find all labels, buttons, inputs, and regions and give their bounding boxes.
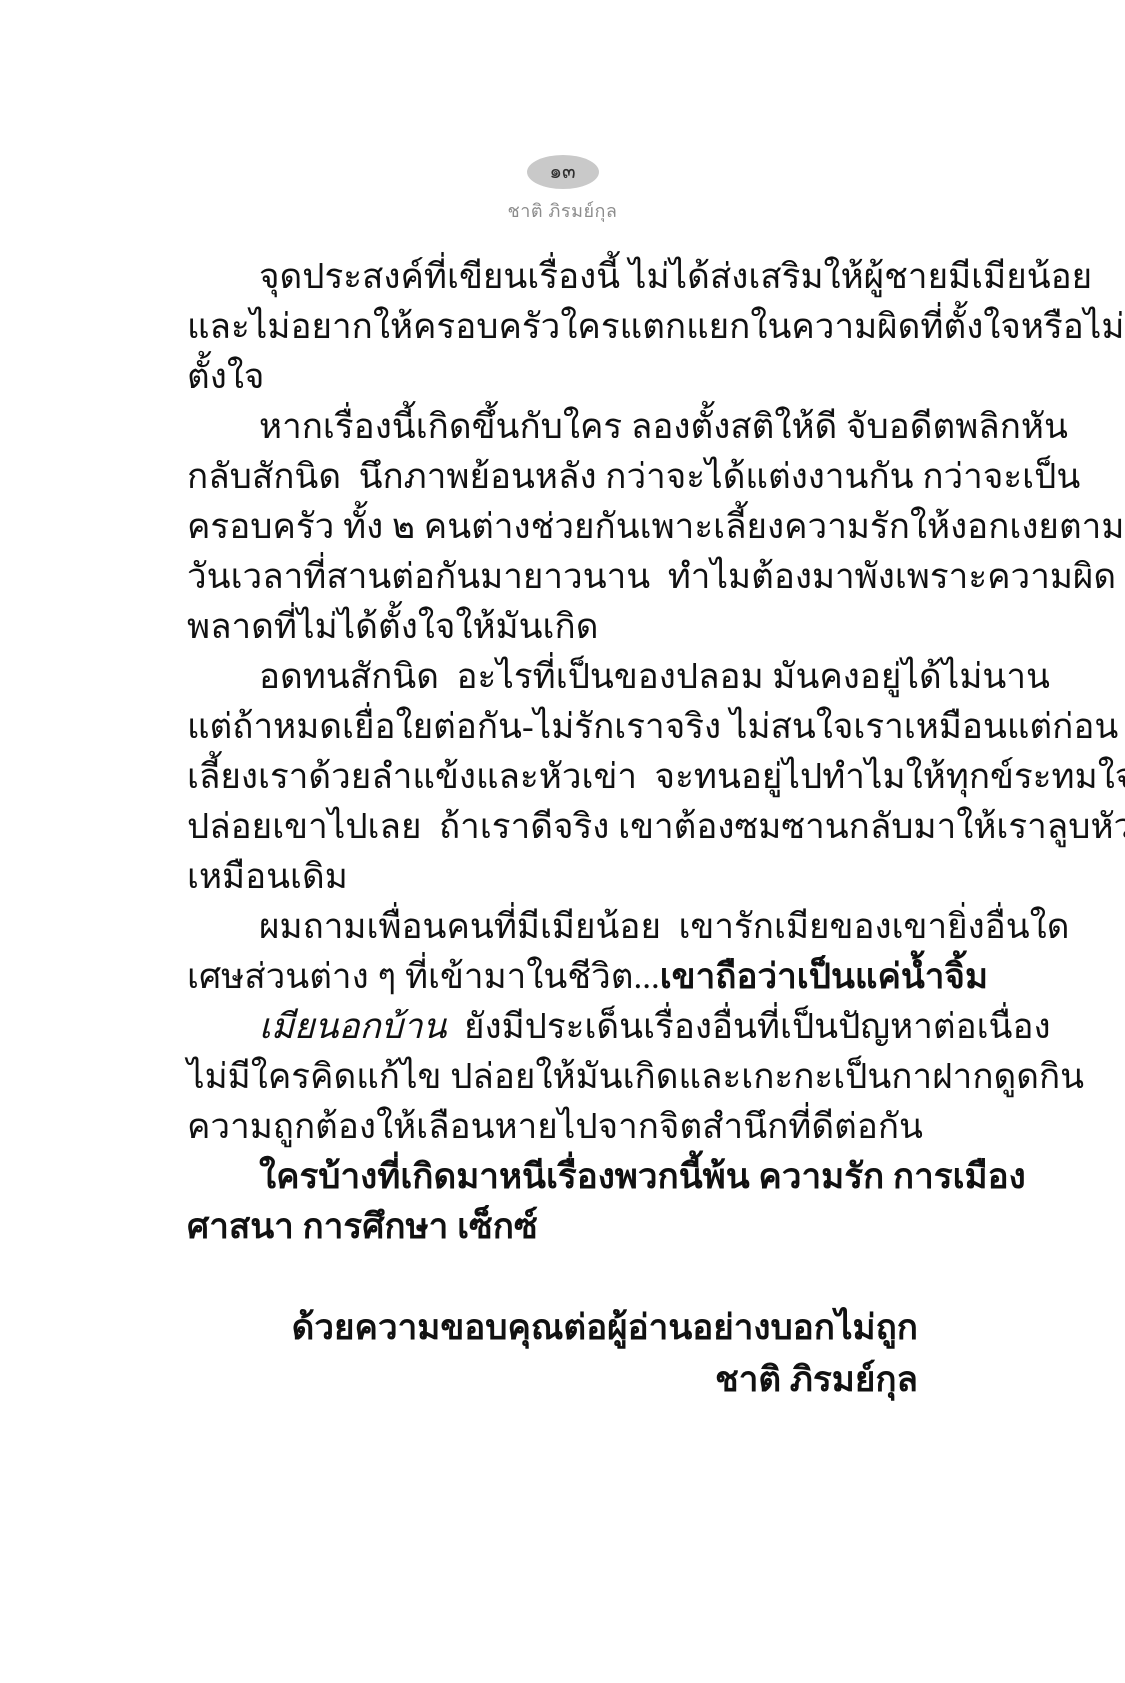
text-segment: ครอบครัว ทั้ง ๒ คนต่างช่วยกันเพาะเลี้ยงค…: [187, 507, 1124, 546]
page-number-badge: ๑๓: [527, 155, 599, 189]
text-line: เมียนอกบ้าน ยังมีประเด็นเรื่องอื่นที่เป็…: [187, 1002, 935, 1052]
text-segment: พลาดที่ไม่ได้ตั้งใจให้มันเกิด: [187, 607, 598, 646]
text-line: ความถูกต้องให้เลือนหายไปจากจิตสำนึกที่ดี…: [187, 1102, 935, 1152]
text-line: ปล่อยเขาไปเลย ถ้าเราดีจริง เขาต้องซมซานก…: [187, 802, 935, 852]
text-segment: กลับสักนิด นึกภาพย้อนหลัง กว่าจะได้แต่งง…: [187, 457, 1080, 496]
para-conclusion: ใครบ้างที่เกิดมาหนีเรื่องพวกนี้พ้น ความร…: [187, 1152, 935, 1252]
closing-signature: ด้วยความขอบคุณต่อผู้อ่านอย่างบอกไม่ถูกชา…: [187, 1302, 935, 1406]
closing-line: ด้วยความขอบคุณต่อผู้อ่านอย่างบอกไม่ถูก: [187, 1302, 918, 1354]
text-segment: วันเวลาที่สานต่อกันมายาวนาน ทำไมต้องมาพั…: [187, 557, 1116, 596]
text-segment: เลี้ยงเราด้วยลำแข้งและหัวเข่า จะทนอยู่ไป…: [187, 757, 1125, 796]
text-segment: แต่ถ้าหมดเยื่อใยต่อกัน-ไม่รักเราจริง ไม่…: [187, 707, 1118, 746]
text-line: วันเวลาที่สานต่อกันมายาวนาน ทำไมต้องมาพั…: [187, 552, 935, 602]
text-segment: จุดประสงค์ที่เขียนเรื่องนี้ ไม่ได้ส่งเสร…: [259, 257, 1092, 296]
para-mistress: เมียนอกบ้าน ยังมีประเด็นเรื่องอื่นที่เป็…: [187, 1002, 935, 1152]
para-patience: อดทนสักนิด อะไรที่เป็นของปลอม มันคงอยู่ไ…: [187, 652, 935, 902]
text-segment: หากเรื่องนี้เกิดขึ้นกับใคร ลองตั้งสติให้…: [259, 407, 1068, 446]
text-line: ไม่มีใครคิดแก้ไข ปล่อยให้มันเกิดและเกะกะ…: [187, 1052, 935, 1102]
book-page: ๑๓ ชาติ ภิรมย์กุล จุดประสงค์ที่เขียนเรื่…: [0, 0, 1125, 1683]
text-segment: ผมถามเพื่อนคนที่มีเมียน้อย เขารักเมียของ…: [259, 907, 1069, 946]
text-segment: ใครบ้างที่เกิดมาหนีเรื่องพวกนี้พ้น ความร…: [259, 1157, 1026, 1196]
text-line: ใครบ้างที่เกิดมาหนีเรื่องพวกนี้พ้น ความร…: [187, 1152, 935, 1202]
text-line: ศาสนา การศึกษา เซ็กซ์: [187, 1202, 935, 1252]
text-line: และไม่อยากให้ครอบครัวใครแตกแยกในความผิดท…: [187, 302, 935, 352]
running-header: ๑๓ ชาติ ภิรมย์กุล: [0, 155, 1125, 225]
text-line: ครอบครัว ทั้ง ๒ คนต่างช่วยกันเพาะเลี้ยงค…: [187, 502, 935, 552]
text-line: แต่ถ้าหมดเยื่อใยต่อกัน-ไม่รักเราจริง ไม่…: [187, 702, 935, 752]
para-friend: ผมถามเพื่อนคนที่มีเมียน้อย เขารักเมียของ…: [187, 902, 935, 1002]
text-line: พลาดที่ไม่ได้ตั้งใจให้มันเกิด: [187, 602, 935, 652]
text-segment: และไม่อยากให้ครอบครัวใครแตกแยกในความผิดท…: [187, 307, 1124, 346]
author-running-header: ชาติ ภิรมย์กุล: [0, 196, 1125, 225]
closing-line: ชาติ ภิรมย์กุล: [187, 1354, 918, 1406]
text-segment: ตั้งใจ: [187, 357, 264, 396]
text-line: ตั้งใจ: [187, 352, 935, 402]
text-segment: เมียนอกบ้าน: [259, 1007, 446, 1046]
para-intro: จุดประสงค์ที่เขียนเรื่องนี้ ไม่ได้ส่งเสร…: [187, 252, 935, 402]
text-segment: เขาถือว่าเป็นแค่น้ำจิ้ม: [660, 957, 988, 996]
text-segment: ไม่มีใครคิดแก้ไข ปล่อยให้มันเกิดและเกะกะ…: [187, 1057, 1084, 1096]
text-line: จุดประสงค์ที่เขียนเรื่องนี้ ไม่ได้ส่งเสร…: [187, 252, 935, 302]
text-line: เหมือนเดิม: [187, 852, 935, 902]
text-line: อดทนสักนิด อะไรที่เป็นของปลอม มันคงอยู่ไ…: [187, 652, 935, 702]
text-line: หากเรื่องนี้เกิดขึ้นกับใคร ลองตั้งสติให้…: [187, 402, 935, 452]
text-line: เศษส่วนต่าง ๆ ที่เข้ามาในชีวิต...เขาถือว…: [187, 952, 935, 1002]
text-segment: เหมือนเดิม: [187, 857, 348, 896]
text-line: เลี้ยงเราด้วยลำแข้งและหัวเข่า จะทนอยู่ไป…: [187, 752, 935, 802]
text-line: ผมถามเพื่อนคนที่มีเมียน้อย เขารักเมียของ…: [187, 902, 935, 952]
text-segment: เศษส่วนต่าง ๆ ที่เข้ามาในชีวิต...: [187, 957, 660, 996]
text-segment: ปล่อยเขาไปเลย ถ้าเราดีจริง เขาต้องซมซานก…: [187, 807, 1125, 846]
text-segment: ศาสนา การศึกษา เซ็กซ์: [187, 1207, 538, 1246]
para-reflect: หากเรื่องนี้เกิดขึ้นกับใคร ลองตั้งสติให้…: [187, 402, 935, 652]
text-segment: ยังมีประเด็นเรื่องอื่นที่เป็นปัญหาต่อเนื…: [446, 1007, 1050, 1046]
text-segment: อดทนสักนิด อะไรที่เป็นของปลอม มันคงอยู่ไ…: [259, 657, 1050, 696]
text-line: กลับสักนิด นึกภาพย้อนหลัง กว่าจะได้แต่งง…: [187, 452, 935, 502]
text-segment: ความถูกต้องให้เลือนหายไปจากจิตสำนึกที่ดี…: [187, 1107, 923, 1146]
body-text: จุดประสงค์ที่เขียนเรื่องนี้ ไม่ได้ส่งเสร…: [187, 252, 935, 1252]
